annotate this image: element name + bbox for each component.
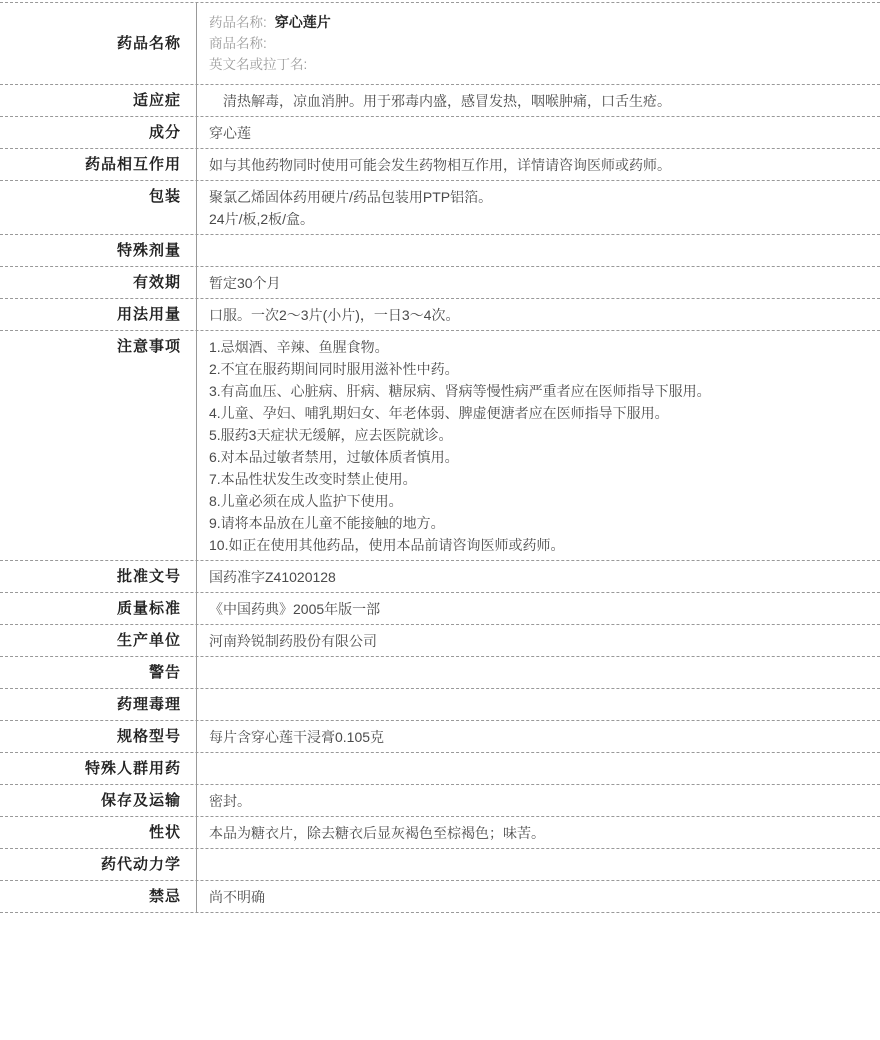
table-row: 批准文号 国药准字Z41020128 [0, 561, 880, 593]
row-label: 批准文号 [0, 561, 197, 592]
row-label: 有效期 [0, 267, 197, 298]
row-value: 穿心莲 [197, 117, 880, 148]
value-line: 密封。 [209, 790, 870, 812]
table-row: 药代动力学 [0, 849, 880, 881]
row-value [197, 753, 880, 784]
row-label: 保存及运输 [0, 785, 197, 816]
field-value: 穿心莲片 [275, 14, 331, 30]
table-row: 注意事项 1.忌烟酒、辛辣、鱼腥食物。2.不宜在服药期间同时服用滋补性中药。3.… [0, 331, 880, 561]
row-value: 清热解毒，凉血消肿。用于邪毒内盛，感冒发热，咽喉肿痛，口舌生疮。 [197, 85, 880, 116]
value-line: 1.忌烟酒、辛辣、鱼腥食物。 [209, 336, 870, 358]
value-line: 尚不明确 [209, 886, 870, 908]
value-line: 10.如正在使用其他药品，使用本品前请咨询医师或药师。 [209, 534, 870, 556]
row-value [197, 657, 880, 688]
value-line: 《中国药典》2005年版一部 [209, 598, 870, 620]
row-label: 规格型号 [0, 721, 197, 752]
table-row: 警告 [0, 657, 880, 689]
table-row: 有效期 暂定30个月 [0, 267, 880, 299]
row-value: 《中国药典》2005年版一部 [197, 593, 880, 624]
row-label: 特殊剂量 [0, 235, 197, 266]
row-value: 每片含穿心莲干浸膏0.105克 [197, 721, 880, 752]
table-row: 药品名称 药品名称:穿心莲片商品名称:英文名或拉丁名: [0, 3, 880, 85]
row-value: 聚氯乙烯固体药用硬片/药品包装用PTP铝箔。24片/板,2板/盒。 [197, 181, 880, 234]
value-line: 2.不宜在服药期间同时服用滋补性中药。 [209, 358, 870, 380]
value-line: 5.服药3天症状无缓解，应去医院就诊。 [209, 424, 870, 446]
row-value [197, 849, 880, 880]
row-value: 密封。 [197, 785, 880, 816]
value-line: 如与其他药物同时使用可能会发生药物相互作用，详情请咨询医师或药师。 [209, 154, 870, 176]
row-value: 如与其他药物同时使用可能会发生药物相互作用，详情请咨询医师或药师。 [197, 149, 880, 180]
table-row: 特殊人群用药 [0, 753, 880, 785]
value-line: 国药准字Z41020128 [209, 566, 870, 588]
table-row: 保存及运输 密封。 [0, 785, 880, 817]
row-label: 适应症 [0, 85, 197, 116]
row-label: 质量标准 [0, 593, 197, 624]
row-label: 药品名称 [0, 3, 197, 84]
table-row: 用法用量 口服。一次2～3片(小片)，一日3～4次。 [0, 299, 880, 331]
table-row: 适应症 清热解毒，凉血消肿。用于邪毒内盛，感冒发热，咽喉肿痛，口舌生疮。 [0, 85, 880, 117]
table-row: 禁忌 尚不明确 [0, 881, 880, 913]
name-field-line: 英文名或拉丁名: [209, 54, 870, 75]
row-value: 口服。一次2～3片(小片)，一日3～4次。 [197, 299, 880, 330]
value-line: 本品为糖衣片，除去糖衣后显灰褐色至棕褐色；味苦。 [209, 822, 870, 844]
row-value: 尚不明确 [197, 881, 880, 912]
row-label: 禁忌 [0, 881, 197, 912]
row-label: 性状 [0, 817, 197, 848]
table-row: 规格型号 每片含穿心莲干浸膏0.105克 [0, 721, 880, 753]
row-value: 河南羚锐制药股份有限公司 [197, 625, 880, 656]
table-row: 特殊剂量 [0, 235, 880, 267]
row-value: 本品为糖衣片，除去糖衣后显灰褐色至棕褐色；味苦。 [197, 817, 880, 848]
field-prefix: 英文名或拉丁名: [209, 57, 307, 72]
page: { "colors": { "border": "#999999", "labe… [0, 0, 880, 1040]
drug-info-table: 药品名称 药品名称:穿心莲片商品名称:英文名或拉丁名: 适应症 清热解毒，凉血消… [0, 2, 880, 913]
row-label: 特殊人群用药 [0, 753, 197, 784]
row-value: 1.忌烟酒、辛辣、鱼腥食物。2.不宜在服药期间同时服用滋补性中药。3.有高血压、… [197, 331, 880, 560]
table-row: 成分 穿心莲 [0, 117, 880, 149]
value-line: 口服。一次2～3片(小片)，一日3～4次。 [209, 304, 870, 326]
value-line: 暂定30个月 [209, 272, 870, 294]
row-label: 注意事项 [0, 331, 197, 560]
row-label: 用法用量 [0, 299, 197, 330]
row-label: 警告 [0, 657, 197, 688]
table-row: 药理毒理 [0, 689, 880, 721]
row-label: 药理毒理 [0, 689, 197, 720]
field-prefix: 商品名称: [209, 36, 267, 51]
table-row: 质量标准 《中国药典》2005年版一部 [0, 593, 880, 625]
value-line: 清热解毒，凉血消肿。用于邪毒内盛，感冒发热，咽喉肿痛，口舌生疮。 [209, 90, 870, 112]
field-prefix: 药品名称: [209, 15, 267, 30]
row-value: 国药准字Z41020128 [197, 561, 880, 592]
row-value: 药品名称:穿心莲片商品名称:英文名或拉丁名: [197, 3, 880, 84]
row-label: 成分 [0, 117, 197, 148]
name-field-line: 药品名称:穿心莲片 [209, 12, 870, 33]
name-field-line: 商品名称: [209, 33, 870, 54]
row-value [197, 689, 880, 720]
value-line: 6.对本品过敏者禁用，过敏体质者慎用。 [209, 446, 870, 468]
value-line: 7.本品性状发生改变时禁止使用。 [209, 468, 870, 490]
row-label: 药品相互作用 [0, 149, 197, 180]
table-row: 药品相互作用 如与其他药物同时使用可能会发生药物相互作用，详情请咨询医师或药师。 [0, 149, 880, 181]
table-row: 包装 聚氯乙烯固体药用硬片/药品包装用PTP铝箔。24片/板,2板/盒。 [0, 181, 880, 235]
table-row: 生产单位 河南羚锐制药股份有限公司 [0, 625, 880, 657]
row-value [197, 235, 880, 266]
value-line: 3.有高血压、心脏病、肝病、糖尿病、肾病等慢性病严重者应在医师指导下服用。 [209, 380, 870, 402]
row-value: 暂定30个月 [197, 267, 880, 298]
value-line: 每片含穿心莲干浸膏0.105克 [209, 726, 870, 748]
row-label: 包装 [0, 181, 197, 234]
value-line: 9.请将本品放在儿童不能接触的地方。 [209, 512, 870, 534]
value-line: 穿心莲 [209, 122, 870, 144]
table-row: 性状 本品为糖衣片，除去糖衣后显灰褐色至棕褐色；味苦。 [0, 817, 880, 849]
value-line: 24片/板,2板/盒。 [209, 208, 870, 230]
value-line: 4.儿童、孕妇、哺乳期妇女、年老体弱、脾虚便溏者应在医师指导下服用。 [209, 402, 870, 424]
value-line: 河南羚锐制药股份有限公司 [209, 630, 870, 652]
row-label: 生产单位 [0, 625, 197, 656]
row-label: 药代动力学 [0, 849, 197, 880]
value-line: 聚氯乙烯固体药用硬片/药品包装用PTP铝箔。 [209, 186, 870, 208]
value-line: 8.儿童必须在成人监护下使用。 [209, 490, 870, 512]
